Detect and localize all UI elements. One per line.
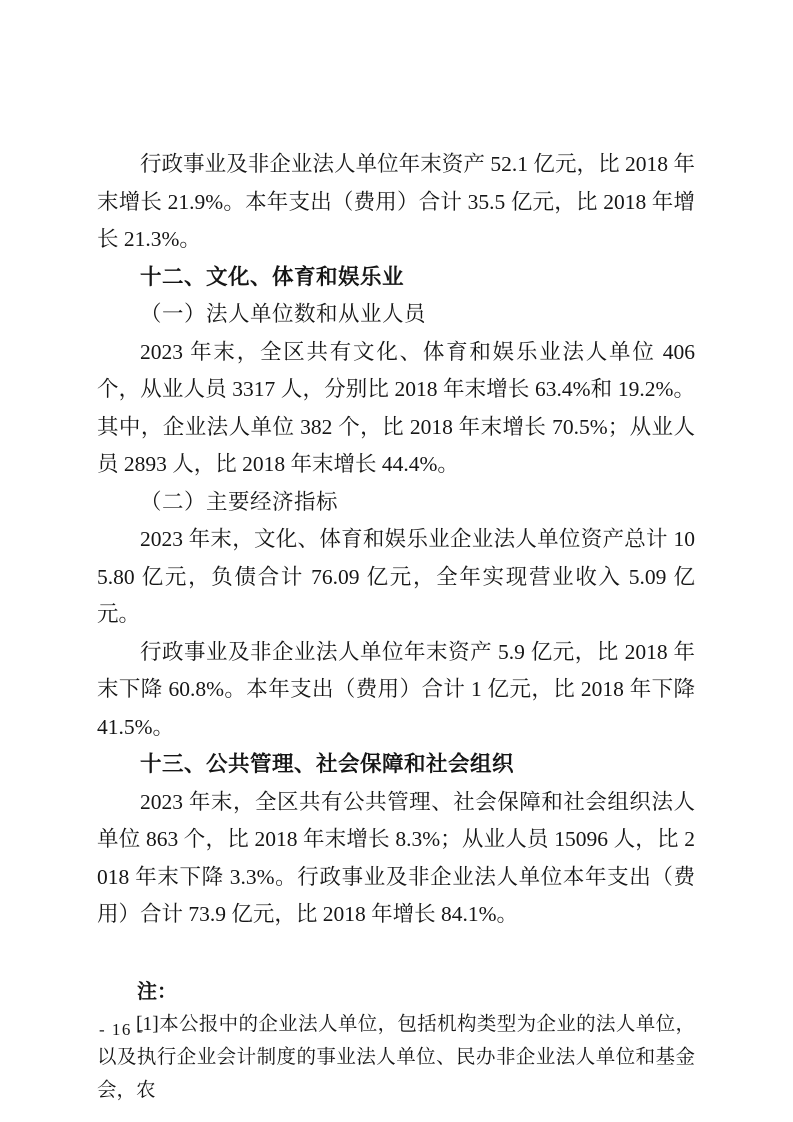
notes-label: 注： — [97, 976, 695, 1008]
section-12-heading: 十二、文化、体育和娱乐业 — [97, 259, 695, 297]
section-12-subheading-2: （二）主要经济指标 — [97, 484, 695, 522]
document-page: 行政事业及非企业法人单位年末资产 52.1 亿元，比 2018 年末增长 21.… — [0, 0, 793, 1122]
note-1: [1]本公报中的企业法人单位，包括机构类型为企业的法人单位，以及执行企业会计制度… — [97, 1008, 695, 1107]
section-13-heading: 十三、公共管理、社会保障和社会组织 — [97, 746, 695, 784]
paragraph-public-management: 2023 年末，全区共有公共管理、社会保障和社会组织法人单位 863 个，比 2… — [97, 784, 695, 934]
paragraph-culture-units: 2023 年末，全区共有文化、体育和娱乐业法人单位 406 个，从业人员 331… — [97, 334, 695, 484]
paragraph-admin-assets: 行政事业及非企业法人单位年末资产 52.1 亿元，比 2018 年末增长 21.… — [97, 146, 695, 259]
document-content: 行政事业及非企业法人单位年末资产 52.1 亿元，比 2018 年末增长 21.… — [97, 146, 695, 1107]
paragraph-culture-admin-assets: 行政事业及非企业法人单位年末资产 5.9 亿元，比 2018 年末下降 60.8… — [97, 634, 695, 747]
notes-block: 注： [1]本公报中的企业法人单位，包括机构类型为企业的法人单位，以及执行企业会… — [97, 976, 695, 1107]
paragraph-culture-economic-indicators: 2023 年末，文化、体育和娱乐业企业法人单位资产总计 105.80 亿元，负债… — [97, 521, 695, 634]
page-number: - 16 - — [99, 1020, 145, 1040]
section-12-subheading-1: （一）法人单位数和从业人员 — [97, 296, 695, 334]
